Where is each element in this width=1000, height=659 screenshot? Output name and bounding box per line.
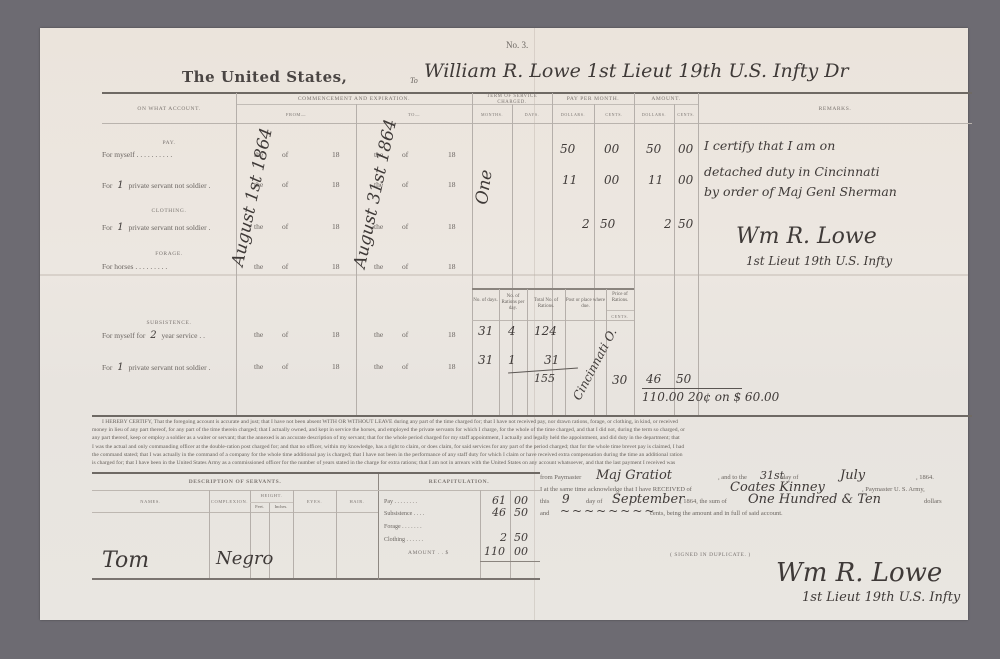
date-the: the [254,362,263,371]
grand-total-note: 20¢ on $ 60.00 [688,390,779,404]
col-header-term: TERM OF SERVICE CHARGED. [472,94,552,106]
certification-text: I HEREBY CERTIFY, That the foregoing acc… [92,418,972,467]
grand-total: 110.00 [642,390,684,404]
subs-amount-cents: 50 [676,372,691,386]
remarks-signature: Wm R. Lowe [736,224,877,249]
receipt-from-paymaster: from Paymaster [540,474,581,481]
col-divider [510,490,511,578]
section-forage: FORAGE. [102,251,236,257]
remarks-signature-title: 1st Lieut 19th U.S. Infty [746,254,892,268]
subs-total-rations-sum: 155 [534,372,555,385]
subs-header-total-rations: Total No. of Rations. [527,298,565,310]
date-year: 18 [332,262,340,271]
col-divider [634,93,635,415]
col-header-account: ON WHAT ACCOUNT. [102,106,236,112]
col-divider [674,104,675,415]
pay-cents-clothing: 50 [600,217,615,231]
receipt-sum: One Hundred & Ten [748,492,881,507]
subs-days-servant: 31 [478,353,493,367]
amount-dollars-clothing: 2 [664,217,672,231]
date-of: of [282,362,288,371]
pay-cents-myself: 00 [604,142,619,156]
remarks-line-1: I certify that I am on [704,138,835,153]
date-year: 18 [448,330,456,339]
date-year: 18 [332,362,340,371]
amount-dollars-servant: 11 [648,173,663,187]
col-divider [472,93,473,415]
recap-subsistence-label: Subsistence . . . . [384,511,424,517]
col-header-amount-dollars: DOLLARS. [634,112,674,117]
subs-price-cents: 30 [612,373,627,387]
subs-total-rations-servant: 31 [544,353,559,367]
col-header-pay-cents: CENTS. [594,112,634,117]
label-prefix: For [102,181,112,190]
subs-header-rations-per-day: No. of Rations per day. [499,294,527,312]
label-prefix: For myself for [102,331,145,340]
label-suffix: private servant not soldier . [129,363,211,372]
recap-amount-label: AMOUNT . . $ [408,550,449,556]
date-year: 18 [448,222,456,231]
servants-col-feet: Feet. [250,504,269,509]
header-bottom-rule [102,123,972,124]
date-year: 18 [332,330,340,339]
date-year: 18 [332,222,340,231]
row-label-pay-myself: For myself . . . . . . . . . . [102,150,172,159]
servants-col-names: NAMES. [92,499,209,504]
servant-name: Tom [102,548,149,573]
row-label-subsistence-servant: For 1 private servant not soldier . [102,362,210,373]
subsistence-subtable-top [472,288,634,290]
certification-line: any part thereof, keep or employ a soldi… [92,434,972,442]
date-of: of [402,222,408,231]
section-subsistence: SUBSISTENCE. [102,320,236,326]
date-of: of [282,330,288,339]
recap-pay-label: Pay . . . . . . . . [384,499,417,505]
col-header-days: DAYS. [512,112,552,117]
handwritten-count: 1 [117,362,123,373]
col-header-remarks: REMARKS. [698,106,972,112]
amount-cents-clothing: 50 [678,217,693,231]
date-of: of [282,222,288,231]
date-year: 18 [448,180,456,189]
certification-top-rule [92,415,972,417]
certification-line: money in lieu of any part thereof, for a… [92,426,972,434]
term-months-handwritten: One [472,168,497,205]
date-of: of [402,180,408,189]
amount-cents-myself: 00 [678,142,693,156]
receipt-signature-title: 1st Lieut 19th U.S. Infty [802,590,960,605]
subs-header-price: Price of Rations. [606,292,634,304]
col-header-pay-dollars: DOLLARS. [552,112,594,117]
document-title: The United States, [182,68,347,86]
col-divider [480,490,481,578]
subs-header-cents: CENTS. [606,314,634,319]
receipt-paymaster-name: Maj Gratiot [596,468,672,483]
section-clothing: CLOTHING. [102,208,236,214]
commencement-subrule [236,104,472,105]
recap-amount-dollars: 110 [484,545,505,558]
servants-col-eyes: EYES. [293,499,336,504]
recap-amount-cents: 00 [514,545,528,558]
section-pay: PAY. [102,140,236,146]
subs-rations-per-day-myself: 4 [508,324,516,338]
pay-voucher-document: No. 3. The United States, To William R. … [40,28,968,620]
total-underline [642,388,742,389]
subs-total-rations-myself: 124 [534,324,557,338]
date-year: 18 [448,362,456,371]
label-suffix: private servant not soldier . [129,223,211,232]
date-the: the [374,362,383,371]
receipt-cents-text: cents, being the amount and in full of s… [650,510,783,517]
row-label-subsistence-myself: For myself for 2 year service . . [102,330,205,341]
receipt-this: this [540,498,549,505]
pay-cents-servant: 00 [604,173,619,187]
date-year: 18 [332,180,340,189]
recap-subsistence-dollars: 46 [492,506,506,519]
recap-title: RECAPITULATION. [378,479,540,485]
col-header-months: MONTHS. [472,112,512,117]
date-year: 18 [448,262,456,271]
date-year: 18 [332,150,340,159]
certification-line: the command stated; that I was actually … [92,451,972,459]
recap-header-rule [378,490,540,491]
handwritten-count: 2 [150,330,156,341]
recap-clothing-dollars: 2 [500,531,507,544]
row-label-clothing-servant: For 1 private servant not soldier . [102,222,210,233]
pay-dollars-myself: 50 [560,142,575,156]
subs-rations-per-day-servant: 1 [508,353,516,367]
row-label-forage-horses: For horses . . . . . . . . . [102,262,167,271]
servants-col-hair: HAIR. [336,499,378,504]
recap-sum-rule [480,561,540,562]
date-the: the [254,330,263,339]
handwritten-count: 1 [117,180,123,191]
row-label-pay-servant: For 1 private servant not soldier . [102,180,210,191]
date-of: of [282,180,288,189]
recap-clothing-label: Clothing . . . . . . [384,537,423,543]
date-of: of [402,150,408,159]
amount-dollars-myself: 50 [646,142,661,156]
date-of: of [402,362,408,371]
receipt-and: and [540,510,549,517]
certification-line: I HEREBY CERTIFY, That the foregoing acc… [92,418,972,426]
servants-title: DESCRIPTION OF SERVANTS. [92,479,378,485]
subs-header-days: No. of days. [472,298,499,304]
servants-col-inches: Inches. [269,504,293,509]
height-subrule [250,502,293,503]
subsistence-subtable-header-rule [472,320,634,321]
label-suffix: private servant not soldier . [129,181,211,190]
subs-amount-dollars: 46 [646,372,661,386]
subs-days-myself: 31 [478,324,493,338]
receipt-signature: Wm R. Lowe [776,558,942,588]
date-of: of [402,330,408,339]
label-prefix: For [102,363,112,372]
date-of: of [282,262,288,271]
recap-subsistence-cents: 50 [514,506,528,519]
date-the: the [374,262,383,271]
to-label: To [410,76,418,85]
date-of: of [402,262,408,271]
recap-clothing-cents: 50 [514,531,528,544]
form-number: No. 3. [506,40,528,50]
date-the: the [374,330,383,339]
label-prefix: For [102,223,112,232]
certification-line: I was the actual and only commanding off… [92,443,972,451]
receipt-year: , 1864. [916,474,934,481]
servants-col-height: HEIGHT. [250,493,293,498]
date-of: of [282,150,288,159]
remarks-line-3: by order of Maj Genl Sherman [704,184,897,199]
fold-crease-horizontal [40,274,968,276]
recap-forage-label: Forage . . . . . . . [384,524,422,530]
servants-col-complexion: COMPLEXION. [209,499,250,504]
date-the: the [254,262,263,271]
label-suffix: year service . . [161,331,205,340]
servant-complexion: Negro [216,548,273,569]
pay-dollars-clothing: 2 [582,217,590,231]
col-divider [512,104,513,415]
receipt-cents-handwritten: ~~~~~~~~ [560,504,656,518]
pay-dollars-servant: 11 [562,173,577,187]
receipt-year-sum-of: , 1864, the sum of [680,498,727,505]
subs-header-post: Post or place where due. [565,298,606,310]
date-year: 18 [448,150,456,159]
amount-cents-servant: 00 [678,173,693,187]
col-divider [698,93,699,415]
receipt-to-month: July [840,468,865,483]
price-subrule [607,310,634,311]
col-header-to: TO— [356,112,472,117]
signed-in-duplicate: ( SIGNED IN DUPLICATE. ) [670,552,751,558]
certification-line: is charged for; that I have been in the … [92,459,972,467]
payee-name: William R. Lowe 1st Lieut 19th U.S. Inft… [424,60,849,82]
handwritten-count: 1 [117,222,123,233]
receipt-dollars: dollars [924,498,942,505]
col-header-from: FROM— [236,112,356,117]
col-header-pay-per-month: PAY PER MONTH. [552,96,634,102]
col-header-amount: AMOUNT. [634,96,698,102]
remarks-line-2: detached duty in Cincinnati [704,164,880,179]
col-header-commencement: COMMENCEMENT AND EXPIRATION. [236,96,472,102]
col-header-amount-cents: CENTS. [674,112,698,117]
